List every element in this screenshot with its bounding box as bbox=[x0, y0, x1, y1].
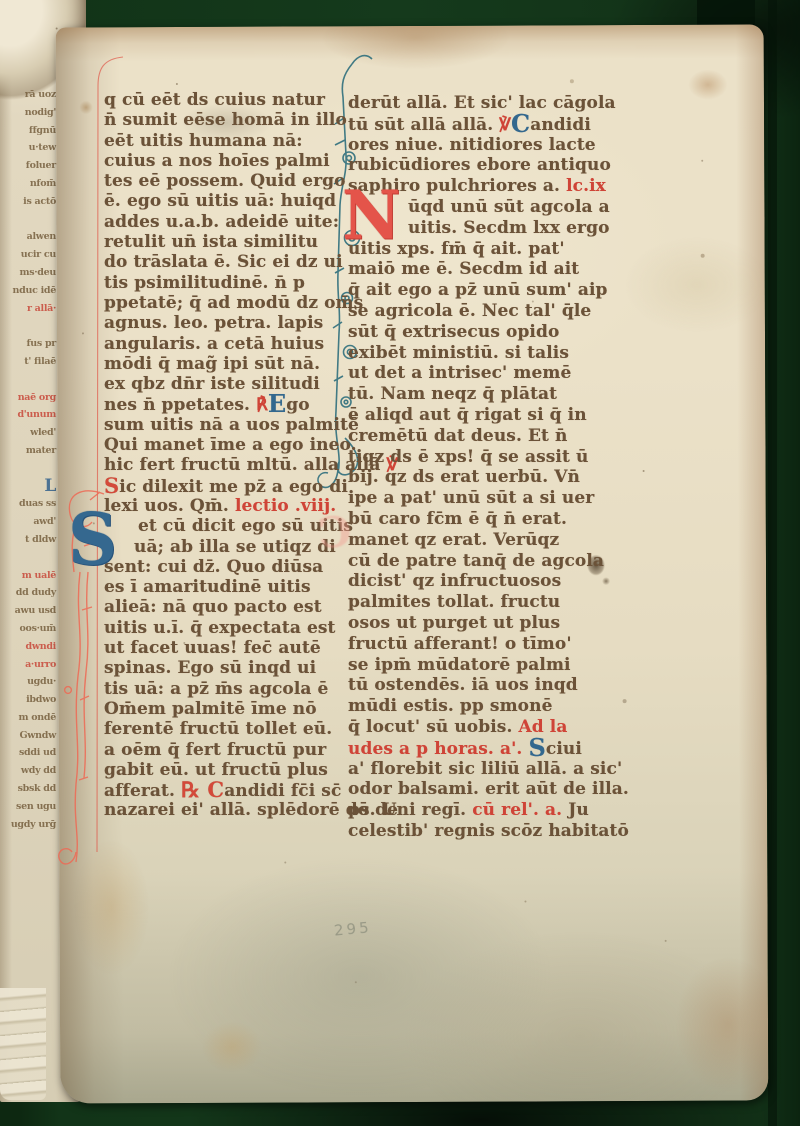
ghost-offset-letter: C bbox=[316, 506, 354, 558]
gutter-fragment: m ualē bbox=[0, 567, 58, 585]
text-line: uitis xps. fm̄ q̄ ait. pat' bbox=[348, 239, 610, 260]
gutter-fragment: u·tew bbox=[0, 139, 58, 157]
photograph-background: { "manuscript": { "folio_number_pencil":… bbox=[0, 0, 800, 1126]
text-segment: ℞ C bbox=[181, 777, 224, 802]
gutter-fragment bbox=[0, 317, 58, 335]
gutter-fragment: oos·um̄ bbox=[0, 620, 58, 638]
gutter-fragment: ugdu· bbox=[0, 673, 58, 691]
text-line: tū ostendēs. iā uos inqd bbox=[348, 675, 610, 696]
text-line: bū caro fc̄m ē q̄ n̄ erat. bbox=[348, 509, 610, 530]
text-line: ē aliqd aut q̄ rigat si q̄ in bbox=[348, 405, 610, 426]
text-line: fructū afferant! o tīmo' bbox=[348, 634, 610, 655]
text-segment: uitis xps. fm̄ q̄ ait. pat' bbox=[348, 239, 565, 259]
text-line: mūdi estis. pp smonē bbox=[348, 696, 610, 717]
text-segment: eēt uitis humana nā: bbox=[104, 131, 303, 151]
text-line: saphiro pulchriores a. lc.ix bbox=[348, 176, 610, 197]
text-line: ores niue. nitidiores lacte bbox=[348, 135, 610, 156]
text-segment: nes n̄ ppetates. bbox=[104, 395, 256, 415]
text-line: tiqz ds ē xps! q̄ se assit ū bbox=[348, 447, 610, 468]
text-segment: ē aliqd aut q̄ rigat si q̄ in bbox=[348, 405, 587, 425]
text-segment: andidi fc̄i sc̄ bbox=[224, 781, 341, 801]
text-segment: mōdi q̄ mag̃ ipi sūt nā. bbox=[104, 354, 320, 374]
text-segment: ut facet uuas! fec̄ autē bbox=[104, 638, 321, 658]
text-line: q̄ locut' sū uobis. Ad la bbox=[348, 717, 610, 738]
text-line: gabit eū. ut fructū plus bbox=[104, 760, 350, 780]
gutter-text-fragments: rā uoznodig'ffgnūu·tewfoluernfom̄is actō… bbox=[0, 86, 58, 833]
text-line: dicist' qz infructuosos bbox=[348, 571, 610, 592]
text-segment: andidi bbox=[530, 115, 591, 135]
text-segment: retulit un̄ ista similitu bbox=[104, 232, 318, 252]
text-segment: Ju bbox=[568, 800, 589, 820]
text-segment: bū caro fc̄m ē q̄ n̄ erat. bbox=[348, 509, 567, 529]
text-line: osos ut purget ut plus bbox=[348, 613, 610, 634]
text-segment: uā; ab illa se utiqz di bbox=[134, 537, 336, 557]
text-column-right: derūt allā. Et sic' lac cāgolatū sūt all… bbox=[348, 93, 610, 842]
text-line: ex qbz dn̄r iste silitudi bbox=[104, 374, 350, 394]
text-segment: manet qz erat. Verūqz bbox=[348, 530, 559, 550]
text-line: tū sūt allā allā. ℣Candidi bbox=[348, 114, 610, 135]
text-line: ut det a intrisec' memē bbox=[348, 363, 610, 384]
gutter-fragment: fus pr bbox=[0, 335, 58, 353]
gutter-fragment: sbsk dd bbox=[0, 780, 58, 798]
text-line: bij. qz ds erat uerbū. Vn̄ bbox=[348, 467, 610, 488]
text-line: Sic dilexit me pz̄ a ego di bbox=[104, 476, 350, 496]
text-segment: C bbox=[511, 109, 530, 138]
text-segment: a' florebit sic liliū allā. a sic' bbox=[348, 759, 622, 779]
text-line: n̄ sumit eēse homā in illo bbox=[104, 110, 350, 130]
text-segment: bij. qz ds erat uerbū. Vn̄ bbox=[348, 467, 580, 487]
text-line: q̄ ait ego a pz̄ unū sum' aip bbox=[348, 280, 610, 301]
text-line: addes u.a.b. adeidē uite: bbox=[104, 212, 350, 232]
text-line: Qui manet īme a ego ineo. bbox=[104, 435, 350, 455]
text-line: udes a p horas. a'. Sciui bbox=[348, 738, 610, 759]
text-line: nes n̄ ppetates. ℟Ego bbox=[104, 394, 350, 414]
text-segment: maiō me ē. Secdm id ait bbox=[348, 259, 579, 279]
text-line: alieā: nā quo pacto est bbox=[104, 597, 350, 617]
gutter-fragment: dd dudy bbox=[0, 584, 58, 602]
ink-specks bbox=[56, 28, 58, 30]
gutter-fragment: awd' bbox=[0, 513, 58, 531]
text-segment: alieā: nā quo pacto est bbox=[104, 597, 322, 617]
gutter-fragment: a·urro bbox=[0, 656, 58, 674]
gutter-fragment: naē org bbox=[0, 389, 58, 407]
text-line: palmites tollat. fructu bbox=[348, 592, 610, 613]
text-segment: ps. Uni regī. bbox=[348, 800, 472, 820]
folio-number: 295 bbox=[333, 918, 372, 939]
gutter-fragment bbox=[0, 211, 58, 229]
text-segment: afferat. bbox=[104, 781, 181, 801]
text-segment: se agricola ē. Nec tal' q̄le bbox=[348, 301, 591, 321]
text-line: afferat. ℞ Candidi fc̄i sc̄ bbox=[104, 780, 350, 800]
text-line: exibēt ministiū. si talis bbox=[348, 343, 610, 364]
text-segment: cremētū dat deus. Et n̄ bbox=[348, 426, 568, 446]
text-segment: udes a p horas. a'. bbox=[348, 739, 528, 759]
gutter-fragment: ms·deu bbox=[0, 264, 58, 282]
text-segment: mūdi estis. pp smonē bbox=[348, 696, 552, 716]
text-segment: go bbox=[286, 395, 309, 415]
text-segment: cuius a nos hoīes palmi bbox=[104, 151, 330, 171]
text-line: nazarei ei' allā. splēdorē dō de bbox=[104, 800, 350, 820]
text-line: agnus. leo. petra. lapis bbox=[104, 313, 350, 333]
background-shadow-line bbox=[768, 0, 777, 1126]
gutter-fragment: alwen bbox=[0, 228, 58, 246]
text-segment: hic fert fructū mltū. alla allā bbox=[104, 455, 380, 475]
text-segment: fructū afferant! o tīmo' bbox=[348, 634, 572, 654]
text-segment: tis psimilitudinē. n̄ p bbox=[104, 273, 305, 293]
text-segment: ℟ bbox=[256, 395, 268, 415]
text-segment: rubicūdiores ebore antiquo bbox=[348, 155, 611, 175]
gutter-fragment: m ondē bbox=[0, 709, 58, 727]
text-line: tis psimilitudinē. n̄ p bbox=[104, 273, 350, 293]
text-segment: dicist' qz infructuosos bbox=[348, 571, 561, 591]
text-segment: angularis. a cetā huius bbox=[104, 334, 324, 354]
gutter-fragment: dwndi bbox=[0, 638, 58, 656]
text-segment: ut det a intrisec' memē bbox=[348, 363, 571, 383]
text-segment: ūqd unū sūt agcola a bbox=[408, 197, 610, 217]
gutter-fragment: ffgnū bbox=[0, 122, 58, 140]
text-segment: Qui manet īme a ego ineo. bbox=[104, 435, 357, 455]
text-segment: cū de patre tanq̄ de agcola bbox=[348, 551, 604, 571]
text-line: se ipm̄ mūdatorē palmi bbox=[348, 655, 610, 676]
text-line: angularis. a cetā huius bbox=[104, 334, 350, 354]
text-line: maiō me ē. Secdm id ait bbox=[348, 259, 610, 280]
text-segment: tes eē possem. Quid ergo bbox=[104, 171, 346, 191]
text-line: cuius a nos hoīes palmi bbox=[104, 151, 350, 171]
text-column-left: q cū eēt ds cuius naturn̄ sumit eēse hom… bbox=[104, 90, 350, 821]
text-line: uitis. Secdm lxx ergo bbox=[348, 218, 610, 239]
text-segment: se ipm̄ mūdatorē palmi bbox=[348, 655, 571, 675]
text-line: sūt q̄ extrisecus opido bbox=[348, 322, 610, 343]
text-segment: palmites tollat. fructu bbox=[348, 592, 560, 612]
text-segment: q̄ ait ego a pz̄ unū sum' aip bbox=[348, 280, 608, 300]
underlying-page-edges bbox=[0, 988, 46, 1100]
text-line: es ī amaritudinē uitis bbox=[104, 577, 350, 597]
text-line: manet qz erat. Verūqz bbox=[348, 530, 610, 551]
gutter-fragment: t' filaē bbox=[0, 353, 58, 371]
text-segment: spinas. Ego sū inqd ui bbox=[104, 658, 316, 678]
gutter-fragment: nduc idē bbox=[0, 282, 58, 300]
text-line: cremētū dat deus. Et n̄ bbox=[348, 426, 610, 447]
text-line: tes eē possem. Quid ergo bbox=[104, 171, 350, 191]
text-segment: Om̄em palmitē īme nō bbox=[104, 699, 317, 719]
gutter-fragment: wled' bbox=[0, 424, 58, 442]
text-line: mōdi q̄ mag̃ ipi sūt nā. bbox=[104, 354, 350, 374]
text-line: spinas. Ego sū inqd ui bbox=[104, 658, 350, 678]
text-line: tis uā: a pz̄ m̄s agcola ē bbox=[104, 679, 350, 699]
text-line: cū de patre tanq̄ de agcola bbox=[348, 551, 610, 572]
gutter-fragment: r allā· bbox=[0, 300, 58, 318]
text-line: celestib' regnis scōz habitatō bbox=[348, 821, 610, 842]
text-line: do trāslata ē. Sic ei dz ui bbox=[104, 252, 350, 272]
text-line: se agricola ē. Nec tal' q̄le bbox=[348, 301, 610, 322]
text-segment: S bbox=[104, 473, 119, 498]
text-segment: ipe a pat' unū sūt a si uer bbox=[348, 488, 594, 508]
gutter-fragment bbox=[0, 549, 58, 567]
text-segment: tiqz ds ē xps! q̄ se assit ū bbox=[348, 447, 588, 467]
text-line: ūqd unū sūt agcola a bbox=[348, 197, 610, 218]
text-segment: tis uā: a pz̄ m̄s agcola ē bbox=[104, 679, 328, 699]
text-segment: ℣ bbox=[499, 115, 511, 135]
text-line: uā; ab illa se utiqz di bbox=[104, 537, 350, 557]
text-line: ppetatē; q̄ ad modū dz om̄s bbox=[104, 293, 350, 313]
text-segment: do trāslata ē. Sic ei dz ui bbox=[104, 252, 343, 272]
text-segment: celestib' regnis scōz habitatō bbox=[348, 821, 629, 841]
text-segment: agnus. leo. petra. lapis bbox=[104, 313, 323, 333]
gutter-fragment: L bbox=[0, 478, 58, 496]
text-segment: ic dilexit me pz̄ a ego di bbox=[119, 477, 348, 497]
gutter-fragment: d'unum bbox=[0, 406, 58, 424]
text-line: tū. Nam neqz q̄ plātat bbox=[348, 384, 610, 405]
text-line: rubicūdiores ebore antiquo bbox=[348, 155, 610, 176]
text-line: odor balsami. erit aūt de illa. bbox=[348, 779, 610, 800]
text-line: hic fert fructū mltū. alla allā ℣ bbox=[104, 455, 350, 475]
text-segment: a oēm q̄ fert fructū pur bbox=[104, 740, 326, 760]
text-segment: sent: cui dz̄. Quo diūsa bbox=[104, 557, 323, 577]
gutter-fragment: awu usd bbox=[0, 602, 58, 620]
text-segment: ciui bbox=[546, 739, 582, 759]
text-segment: ppetatē; q̄ ad modū dz om̄s bbox=[104, 293, 363, 313]
text-line: ē. ego sū uitis uā: huiqd bbox=[104, 191, 350, 211]
text-segment: tū sūt allā allā. bbox=[348, 115, 499, 135]
text-segment: sum uitis nā a uos palmitē bbox=[104, 415, 359, 435]
gutter-fragment: duas ss bbox=[0, 495, 58, 513]
text-line: lexi uos. Qm̄. lectio .viij. bbox=[104, 496, 350, 516]
text-line: a' florebit sic liliū allā. a sic' bbox=[348, 759, 610, 780]
gutter-fragment: rā uoz bbox=[0, 86, 58, 104]
text-line: retulit un̄ ista similitu bbox=[104, 232, 350, 252]
gutter-fragment: nodig' bbox=[0, 104, 58, 122]
text-line: ps. Uni regī. cū rel'. a. Ju bbox=[348, 800, 610, 821]
text-segment: q̄ locut' sū uobis. bbox=[348, 717, 519, 737]
gutter-fragment: nfom̄ bbox=[0, 175, 58, 193]
text-segment: cū rel'. a. bbox=[472, 800, 568, 820]
text-segment: q cū eēt ds cuius natur bbox=[104, 90, 325, 110]
text-segment: n̄ sumit eēse homā in illo bbox=[104, 110, 347, 130]
gutter-fragment: sddi ud bbox=[0, 744, 58, 762]
gutter-fragment: ibdwo bbox=[0, 691, 58, 709]
gutter-fragment: sen ugu bbox=[0, 798, 58, 816]
text-line: sum uitis nā a uos palmitē bbox=[104, 415, 350, 435]
gutter-fragment bbox=[0, 460, 58, 478]
text-segment: lexi uos. Qm̄. bbox=[104, 496, 235, 516]
text-line: a oēm q̄ fert fructū pur bbox=[104, 740, 350, 760]
text-line: et cū dicit ego sū uitis bbox=[104, 516, 350, 536]
gutter-fragment: t dldw bbox=[0, 531, 58, 549]
text-segment: saphiro pulchriores a. bbox=[348, 176, 566, 196]
text-line: eēt uitis humana nā: bbox=[104, 131, 350, 151]
text-segment: exibēt ministiū. si talis bbox=[348, 343, 569, 363]
gutter-fragment: wdy dd bbox=[0, 762, 58, 780]
text-line: ferentē fructū tollet eū. bbox=[104, 719, 350, 739]
gutter-fragment: ugdy urḡ bbox=[0, 816, 58, 834]
gutter-fragment: ucir cu bbox=[0, 246, 58, 264]
text-segment: ores niue. nitidiores lacte bbox=[348, 135, 596, 155]
text-segment: S bbox=[528, 733, 545, 762]
text-segment: ferentē fructū tollet eū. bbox=[104, 719, 332, 739]
text-segment: ex qbz dn̄r iste silitudi bbox=[104, 374, 320, 394]
gutter-fragment: foluer bbox=[0, 157, 58, 175]
text-segment: tū. Nam neqz q̄ plātat bbox=[348, 384, 557, 404]
gutter-fragment: Gwndw bbox=[0, 727, 58, 745]
text-line: ipe a pat' unū sūt a si uer bbox=[348, 488, 610, 509]
text-line: sent: cui dz̄. Quo diūsa bbox=[104, 557, 350, 577]
text-segment: addes u.a.b. adeidē uite: bbox=[104, 212, 339, 232]
text-line: derūt allā. Et sic' lac cāgola bbox=[348, 93, 610, 114]
text-segment: uitis u.ī. q̄ expectata est bbox=[104, 618, 336, 638]
gutter-fragment bbox=[0, 371, 58, 389]
text-line: ut facet uuas! fec̄ autē bbox=[104, 638, 350, 658]
text-segment: derūt allā. Et sic' lac cāgola bbox=[348, 93, 616, 113]
text-segment: lc.ix bbox=[566, 176, 606, 196]
text-segment: es ī amaritudinē uitis bbox=[104, 577, 311, 597]
text-segment: osos ut purget ut plus bbox=[348, 613, 560, 633]
text-segment: ē. ego sū uitis uā: huiqd bbox=[104, 191, 336, 211]
text-line: uitis u.ī. q̄ expectata est bbox=[104, 618, 350, 638]
text-line: Om̄em palmitē īme nō bbox=[104, 699, 350, 719]
text-segment: uitis. Secdm lxx ergo bbox=[408, 218, 610, 238]
gutter-fragment: is actō bbox=[0, 193, 58, 211]
text-segment: sūt q̄ extrisecus opido bbox=[348, 322, 559, 342]
text-segment: tū ostendēs. iā uos inqd bbox=[348, 675, 578, 695]
text-segment: odor balsami. erit aūt de illa. bbox=[348, 779, 629, 799]
text-line: q cū eēt ds cuius natur bbox=[104, 90, 350, 110]
gutter-fragment: mater bbox=[0, 442, 58, 460]
